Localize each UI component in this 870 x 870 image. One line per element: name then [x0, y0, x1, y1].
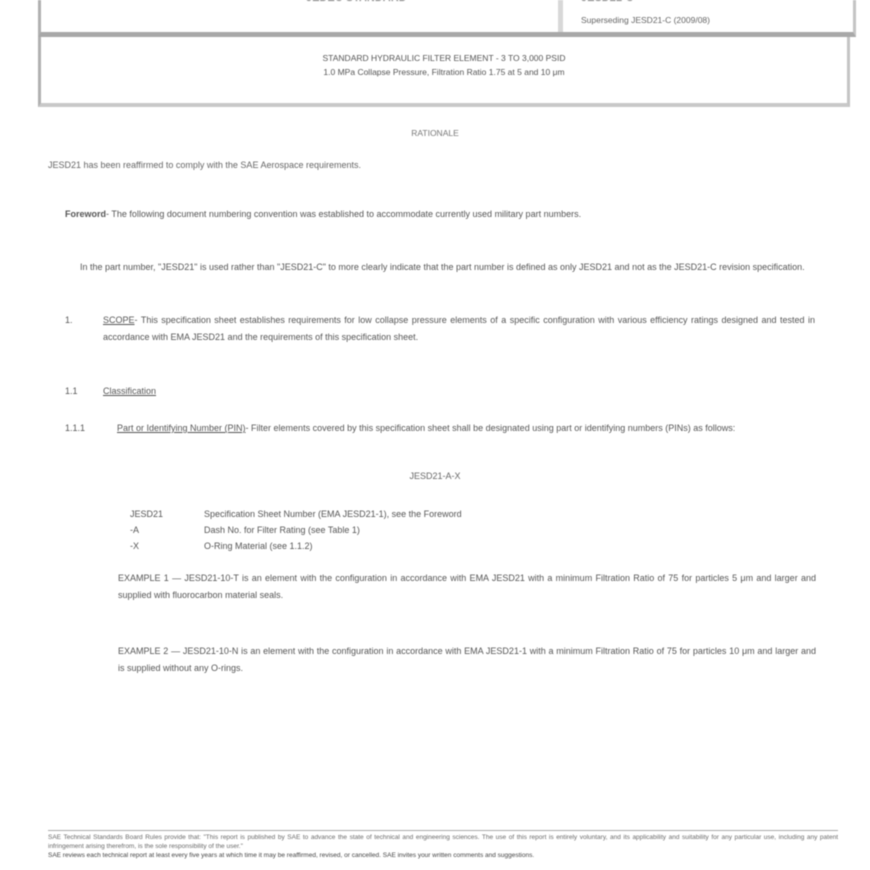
document-title-box: STANDARD HYDRAULIC FILTER ELEMENT - 3 TO… — [38, 37, 850, 107]
document-header-box: JEDEC STANDARD JESD21-C Superseding JESD… — [38, 0, 856, 37]
section-number: 1. — [65, 312, 73, 329]
section-number: 1.1 — [65, 383, 78, 400]
pin-legend: JESD21 Specification Sheet Number (EMA J… — [130, 506, 462, 554]
pin-legend-desc: O-Ring Material (see 1.1.2) — [204, 538, 313, 554]
foreword-paragraph: Foreword- The following document numberi… — [65, 206, 815, 223]
foreword-label: Foreword — [65, 209, 106, 219]
header-divider — [558, 0, 563, 32]
example-2: EXAMPLE 2 — JESD21-10-N is an element wi… — [118, 643, 816, 677]
section-text: - This specification sheet establishes r… — [103, 315, 815, 342]
pin-legend-row: JESD21 Specification Sheet Number (EMA J… — [130, 506, 462, 522]
foreword-text: - The following document numbering conve… — [106, 209, 581, 219]
pin-legend-row: -A Dash No. for Filter Rating (see Table… — [130, 522, 462, 538]
pin-legend-code: -X — [130, 538, 204, 554]
example-1: EXAMPLE 1 — JESD21-10-T is an element wi… — [118, 570, 816, 604]
pin-legend-desc: Specification Sheet Number (EMA JESD21-1… — [204, 506, 462, 522]
document-number: JESD21-C — [581, 0, 634, 4]
section-title: Part or Identifying Number (PIN) — [117, 423, 246, 433]
section-title: Classification — [103, 386, 156, 396]
footer-rule — [48, 830, 838, 831]
foreword-note: In the part number, "JESD21" is used rat… — [80, 259, 815, 276]
footer-disclaimer: SAE Technical Standards Board Rules prov… — [48, 833, 838, 851]
document-title-line-2: 1.0 MPa Collapse Pressure, Filtration Ra… — [41, 67, 847, 77]
example-label: EXAMPLE 1 — [118, 573, 169, 583]
pin-legend-code: -A — [130, 522, 204, 538]
document-standard-label: JEDEC STANDARD — [306, 0, 407, 4]
legal-footer: SAE Technical Standards Board Rules prov… — [48, 830, 838, 860]
document-title-line-1: STANDARD HYDRAULIC FILTER ELEMENT - 3 TO… — [41, 53, 847, 63]
example-text: — JESD21-10-N is an element with the con… — [118, 646, 816, 673]
pin-format: JESD21-A-X — [0, 471, 870, 481]
rationale-text: JESD21 has been reaffirmed to comply wit… — [48, 160, 361, 170]
example-text: — JESD21-10-T is an element with the con… — [118, 573, 816, 600]
section-text: - Filter elements covered by this specif… — [246, 423, 736, 433]
section-number: 1.1.1 — [65, 420, 85, 437]
pin-legend-desc: Dash No. for Filter Rating (see Table 1) — [204, 522, 360, 538]
footer-review-note: SAE reviews each technical report at lea… — [48, 851, 838, 860]
example-label: EXAMPLE 2 — [118, 646, 168, 656]
supersedes-note: Superseding JESD21-C (2009/08) — [581, 15, 710, 25]
pin-legend-code: JESD21 — [130, 506, 204, 522]
rationale-heading: RATIONALE — [0, 128, 870, 138]
pin-legend-row: -X O-Ring Material (see 1.1.2) — [130, 538, 462, 554]
section-title: SCOPE — [103, 315, 135, 325]
